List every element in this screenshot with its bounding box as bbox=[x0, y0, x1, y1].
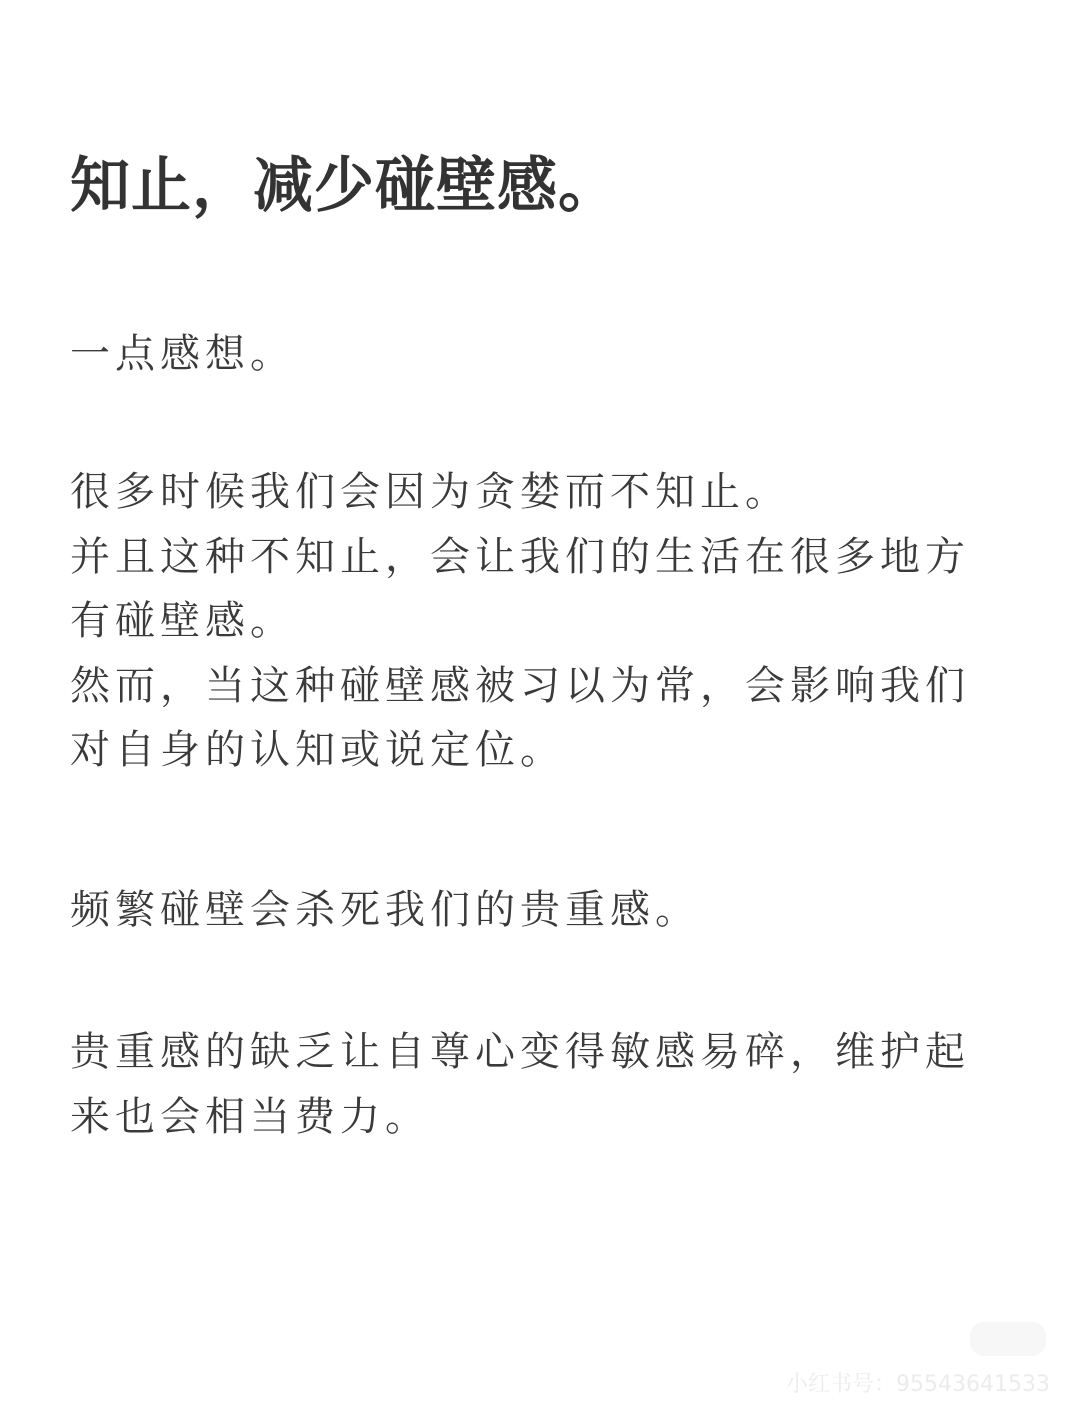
text-line: 频繁碰壁会杀死我们的贵重感。 bbox=[70, 878, 990, 943]
text-line: 有碰壁感。 bbox=[70, 589, 990, 654]
paragraph-statement: 频繁碰壁会杀死我们的贵重感。 bbox=[70, 878, 990, 943]
text-line: 对自身的认知或说定位。 bbox=[70, 718, 990, 783]
text-line: 并且这种不知止，会让我们的生活在很多地方 bbox=[70, 525, 990, 590]
paragraph-conclusion: 贵重感的缺乏让自尊心变得敏感易碎，维护起 来也会相当费力。 bbox=[70, 1020, 990, 1149]
text-line: 然而，当这种碰壁感被习以为常，会影响我们 bbox=[70, 654, 990, 719]
page-title: 知止，减少碰壁感。 bbox=[70, 148, 619, 224]
text-line: 贵重感的缺乏让自尊心变得敏感易碎，维护起 bbox=[70, 1020, 990, 1085]
watermark-text: 小红书号：95543641533 bbox=[786, 1370, 1050, 1400]
text-line: 来也会相当费力。 bbox=[70, 1085, 990, 1150]
watermark-logo bbox=[970, 1322, 1046, 1356]
text-line: 一点感想。 bbox=[70, 322, 990, 387]
paragraph-intro: 一点感想。 bbox=[70, 322, 990, 387]
paragraph-main: 很多时候我们会因为贪婪而不知止。 并且这种不知止，会让我们的生活在很多地方 有碰… bbox=[70, 460, 990, 783]
text-line: 很多时候我们会因为贪婪而不知止。 bbox=[70, 460, 990, 525]
